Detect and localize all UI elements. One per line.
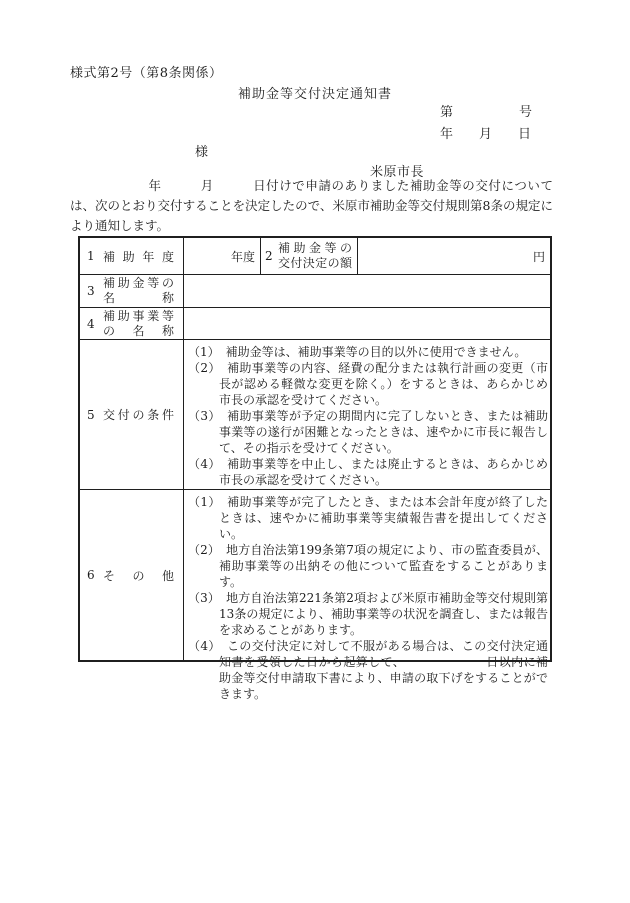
- subsidy-name-label-line2: 名称: [103, 291, 174, 306]
- other-label: その他: [103, 567, 174, 584]
- table-row-1: 1 補助年度 年度 2 補助金等の 交付決定の額 円: [80, 238, 550, 275]
- condition-clause-2: （2） 補助事業等の内容、経費の配分または執行計画の変更（市長が認める軽微な変更…: [188, 360, 548, 408]
- addressee-honorific: 様: [195, 141, 208, 160]
- subsidy-year-label: 補助年度: [103, 248, 174, 265]
- number-suffix-label: 号: [519, 101, 532, 120]
- subsidy-year-label-cell: 1 補助年度: [80, 238, 184, 274]
- other-clause-3: （3） 地方自治法第221条第2項および米原市補助金等交付規則第13条の規定によ…: [188, 590, 548, 638]
- grant-conditions-label: 交付の条件: [103, 406, 174, 423]
- date-year-label: 年: [440, 123, 453, 142]
- document-title: 補助金等交付決定通知書: [0, 83, 630, 102]
- subsidy-name-label-line1: 補助金等の: [103, 276, 174, 291]
- document-number-line: 第 号: [440, 101, 532, 120]
- other-content-cell: （1） 補助事業等が完了したとき、または本会計年度が終了したときは、速やかに補助…: [184, 490, 550, 660]
- row-number-1: 1: [87, 249, 97, 263]
- project-name-label-line1: 補助事業等: [103, 309, 174, 324]
- other-clause-2: （2） 地方自治法第199条第7項の規定により、市の監査委員が、補助事業等の出納…: [188, 542, 548, 590]
- condition-clause-1: （1） 補助金等は、補助事業等の目的以外に使用できません。: [188, 344, 548, 360]
- fiscal-year-suffix: 年度: [231, 248, 255, 265]
- other-clause-4: （4） この交付決定に対して不服がある場合は、この交付決定通知書を受領した日から…: [188, 638, 548, 702]
- condition-clause-4: （4） 補助事業等を中止し、または廃止するときは、あらかじめ市長の承認を受けてく…: [188, 456, 548, 488]
- table-row-5: 5 交付の条件 （1） 補助金等は、補助事業等の目的以外に使用できません。 （2…: [80, 340, 550, 490]
- table-row-4: 4 補助事業等 の名称: [80, 308, 550, 340]
- row-number-6: 6: [87, 568, 97, 582]
- date-day-label: 日: [518, 123, 531, 142]
- row-number-3: 3: [87, 284, 97, 298]
- other-clause-1: （1） 補助事業等が完了したとき、または本会計年度が終了したときは、速やかに補助…: [188, 494, 548, 542]
- document-page: 様式第2号（第8条関係） 補助金等交付決定通知書 第 号 年 月 日 様 米原市…: [0, 0, 630, 903]
- condition-clause-3: （3） 補助事業等が予定の期間内に完了しないとき、または補助事業等の遂行が困難と…: [188, 408, 548, 456]
- number-prefix-label: 第: [440, 101, 453, 120]
- date-month-label: 月: [479, 123, 492, 142]
- grant-conditions-label-cell: 5 交付の条件: [80, 340, 184, 489]
- grant-amount-label-line2: 交付決定の額: [278, 256, 352, 271]
- row-number-5: 5: [87, 408, 97, 422]
- project-name-value-cell: [184, 308, 550, 339]
- project-name-label-cell: 4 補助事業等 の名称: [80, 308, 184, 339]
- row-number-2: 2: [265, 249, 275, 263]
- table-row-3: 3 補助金等の 名称: [80, 275, 550, 308]
- grant-amount-value-cell: 円: [358, 238, 550, 274]
- grant-amount-label-line1: 補助金等の: [278, 241, 352, 256]
- form-number-note: 様式第2号（第8条関係）: [70, 62, 223, 81]
- subsidy-name-label-cell: 3 補助金等の 名称: [80, 275, 184, 307]
- subsidy-name-value-cell: [184, 275, 550, 307]
- subsidy-year-value-cell: 年度: [184, 238, 261, 274]
- notification-table: 1 補助年度 年度 2 補助金等の 交付決定の額 円 3 補助: [78, 236, 552, 662]
- grant-amount-label-cell: 2 補助金等の 交付決定の額: [261, 238, 358, 274]
- date-line: 年 月 日: [440, 123, 531, 142]
- other-label-cell: 6 その他: [80, 490, 184, 660]
- project-name-label-line2: の名称: [103, 324, 174, 339]
- row-number-4: 4: [87, 317, 97, 331]
- yen-suffix: 円: [533, 248, 545, 265]
- body-paragraph: 年 月 日付けで申請のありました補助金等の交付については、次のとおり交付すること…: [70, 176, 553, 236]
- grant-conditions-content-cell: （1） 補助金等は、補助事業等の目的以外に使用できません。 （2） 補助事業等の…: [184, 340, 550, 489]
- table-row-6: 6 その他 （1） 補助事業等が完了したとき、または本会計年度が終了したときは、…: [80, 490, 550, 660]
